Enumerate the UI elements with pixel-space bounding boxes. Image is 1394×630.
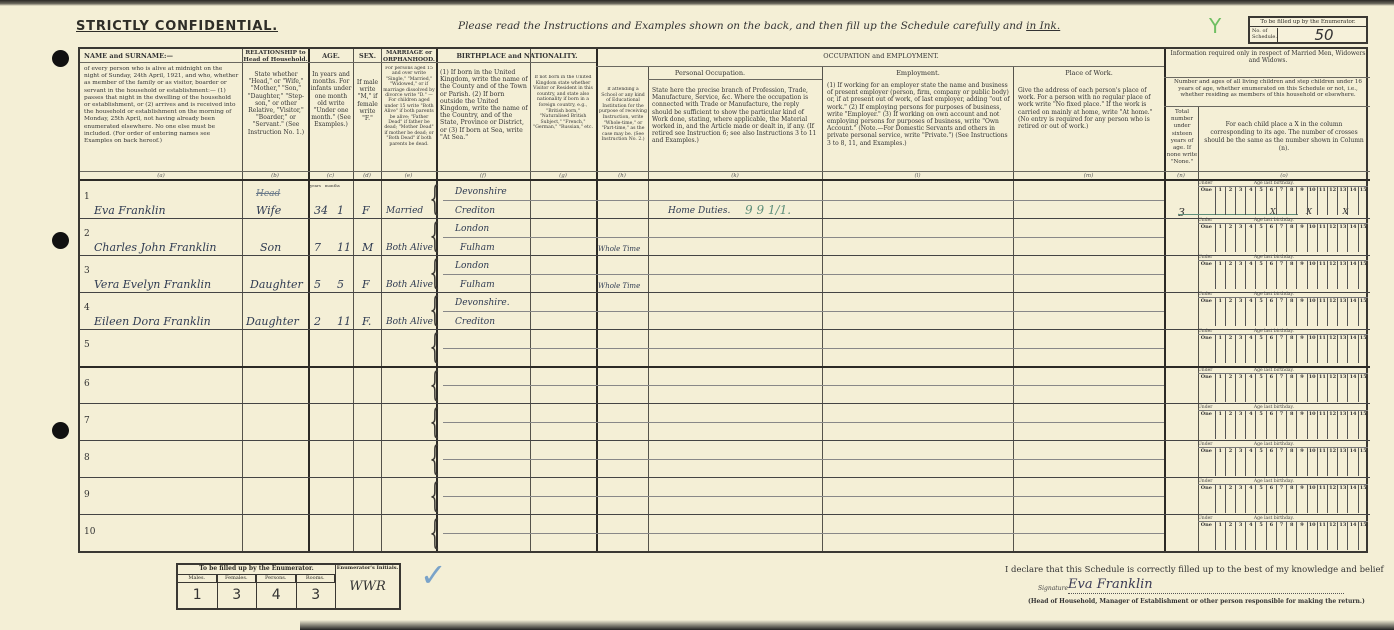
col-h-desc: If attending a School or any kind of Edu… [599,87,647,143]
age-band[interactable]: Under Age last birthday.One1234567891011… [1198,181,1368,218]
col-letter-f: (f) [436,173,530,179]
enumerator-header: To be filled up by the Enumerator. [178,565,335,575]
schedule-number[interactable]: 50 [1280,26,1368,44]
sex[interactable]: M [362,241,373,254]
birthplace-town[interactable]: Crediton [455,317,495,327]
signature[interactable]: Eva Franklin [1068,577,1153,592]
census-table: NAME and SURNAME:— of every person who i… [78,47,1368,553]
years-label: years [310,183,321,188]
relationship[interactable]: Wife [256,204,281,217]
rooms-value[interactable]: 3 [297,583,336,608]
col-letter-h: (h) [596,173,648,179]
age-years[interactable]: 5 [314,278,321,291]
married-desc: Number and ages of all living children a… [1167,79,1369,99]
age-band[interactable]: Under Age last birthday.One1234567891011… [1198,292,1368,329]
birthplace-town[interactable]: Fulham [460,280,495,290]
brace-icon: { [429,442,440,476]
relationship[interactable]: Daughter [246,315,299,328]
col-a-desc: of every person who is alive at midnight… [84,66,239,145]
age-band[interactable]: Under Age last birthday.One1234567891011… [1198,255,1368,292]
col-l-title: Employment. [823,69,1013,77]
col-letter-c: (c) [308,173,353,179]
col-n-desc: Total number under sixteen years of age.… [1166,109,1198,167]
col-letter-k: (k) [648,173,822,179]
col-g-desc: If not born in the United Kingdom state … [531,75,595,131]
col-c-desc: In years and months. For infants under o… [310,71,352,129]
page-title: STRICTLY CONFIDENTIAL. [76,19,278,34]
instructions-text: Please read the Instructions and Example… [458,20,1026,32]
col-letter-o: (o) [1198,173,1370,179]
age-years[interactable]: 34 [314,204,328,217]
signature-line [1068,593,1344,594]
birthplace-county[interactable]: London [455,261,489,271]
enumerator-initials[interactable]: WWR [336,579,399,594]
declaration-subtitle: (Head of Household, Manager of Establish… [1028,598,1365,605]
age-months[interactable]: 5 [337,278,344,291]
person-name[interactable]: Eva Franklin [94,204,166,217]
row-number: 5 [84,340,90,350]
age-band[interactable]: Under Age last birthday.One1234567891011… [1198,479,1368,516]
punch-hole [52,232,69,249]
in-ink-text: in Ink. [1026,20,1060,32]
col-e-title: MARRIAGE or ORPHANHOOD. [382,50,436,63]
col-b-title: RELATIONSHIP to Head of Household. [243,50,308,63]
birthplace-county[interactable]: Devonshire [455,187,507,197]
birthplace-town[interactable]: Crediton [455,206,495,216]
person-name[interactable]: Charles John Franklin [94,241,217,254]
married-group-title: Information required only in respect of … [1167,50,1369,64]
age-years[interactable]: 7 [314,241,321,254]
row-number: 3 [84,266,90,276]
birthplace-group-title: BIRTHPLACE and NATIONALITY. [438,52,596,60]
age-band[interactable]: Under Age last birthday.One1234567891011… [1198,405,1368,442]
males-label: Males. [178,575,217,583]
brace-icon: { [429,182,440,216]
occupation-group-title: OCCUPATION and EMPLOYMENT. [598,52,1164,60]
birthplace-county[interactable]: London [455,224,489,234]
checkmark-icon: ✓ [420,556,447,594]
marriage[interactable]: Both Alive [386,280,433,290]
schedule-box-label: No. of Schedule. [1252,28,1278,44]
occupation-code: 9 9 1/1. [745,203,791,217]
relationship[interactable]: Daughter [250,278,303,291]
row-number: 9 [84,490,90,500]
sex[interactable]: F. [362,315,371,328]
col-a-title: NAME and SURNAME:— [84,52,239,60]
brace-icon: { [429,330,440,364]
brace-icon: { [429,516,440,550]
person-name[interactable]: Eileen Dora Franklin [94,315,211,328]
brace-icon: { [429,405,440,439]
sex[interactable]: F [362,204,370,217]
age-band[interactable]: Under Age last birthday.One1234567891011… [1198,218,1368,255]
col-k-desc: State here the precise branch of Profess… [652,87,820,145]
col-letter-m: (m) [1013,173,1164,179]
sex[interactable]: F [362,278,370,291]
scan-edge [300,620,1394,630]
age-band[interactable]: Under Age last birthday.One1234567891011… [1198,368,1368,405]
row-number: 8 [84,453,90,463]
check-mark: Y [1209,14,1221,38]
col-o-desc: For each child place a X in the column c… [1204,121,1364,153]
col-letter-l: (l) [822,173,1013,179]
col-m-title: Place of Work. [1014,69,1164,77]
age-band[interactable]: Under Age last birthday.One1234567891011… [1198,442,1368,479]
relationship[interactable]: Son [260,241,281,254]
col-d-title: SEX. [354,52,381,60]
females-label: Females. [218,575,257,583]
children-total[interactable]: 3 [1178,206,1185,219]
birthplace-county[interactable]: Devonshire. [455,298,510,308]
school[interactable]: Whole Time [598,245,640,253]
brace-icon: { [429,368,440,402]
personal-occupation-title: Personal Occupation. [598,69,822,77]
marriage[interactable]: Married [386,206,423,216]
col-e-desc: For persons aged 15 and over write "Sing… [383,66,435,147]
instructions-line: Please read the Instructions and Example… [458,20,1060,32]
col-letter-g: (g) [530,173,596,179]
col-d-desc: If male write "M," if female write "F." [354,79,381,122]
col-letter-b: (b) [242,173,308,179]
relationship-struck: Head [256,189,280,199]
row-number: 1 [84,192,90,202]
persons-value[interactable]: 4 [257,583,296,608]
row-number: 2 [84,229,90,239]
punch-hole [52,422,69,439]
col-b-desc: State whether "Head," or "Wife," "Mother… [245,71,307,136]
col-letter-d: (d) [353,173,381,179]
persons-label: Persons. [257,575,296,583]
age-months[interactable]: 11 [337,241,351,254]
declaration-text: I declare that this Schedule is correctl… [1005,565,1384,575]
males-value[interactable]: 1 [178,583,217,608]
col-f-desc: (1) If born in the United Kingdom, write… [440,69,528,141]
occupation[interactable]: Home Duties. [668,206,730,216]
row-number: 4 [84,303,90,313]
months-label: months [325,183,340,188]
school[interactable]: Whole Time [598,282,640,290]
initials-label: Enumerator's Initials. [336,565,399,575]
females-value[interactable]: 3 [218,583,257,608]
punch-hole [52,50,69,67]
col-m-desc: Give the address of each person's place … [1018,87,1162,130]
marriage[interactable]: Both Alive [386,243,433,253]
marriage[interactable]: Both Alive [386,317,433,327]
age-band[interactable]: Under Age last birthday.One1234567891011… [1198,516,1368,553]
enumerator-box: To be filled up by the Enumerator. Males… [176,563,401,610]
row-number: 6 [84,379,90,389]
birthplace-town[interactable]: Fulham [460,243,495,253]
col-l-desc: (1) If working for an employer state the… [827,82,1010,147]
brace-icon: { [429,479,440,513]
age-years[interactable]: 2 [314,315,321,328]
col-letter-a: (a) [80,173,242,179]
row-number: 7 [84,416,90,426]
signature-label: Signature [1038,585,1068,592]
schedule-number-box: To be filled up by the Enumerator. No. o… [1248,16,1368,44]
col-c-title: AGE. [309,52,353,60]
rooms-label: Rooms. [297,575,336,583]
age-subheader: years months [310,182,352,189]
age-months[interactable]: 1 [337,204,344,217]
age-months[interactable]: 11 [337,315,351,328]
row-number: 10 [84,527,95,537]
person-name[interactable]: Vera Evelyn Franklin [94,278,211,291]
age-band[interactable]: Under Age last birthday.One1234567891011… [1198,329,1368,366]
col-letter-n: (n) [1164,173,1198,179]
col-letter-e: (e) [381,173,436,179]
scan-edge [0,0,1394,6]
